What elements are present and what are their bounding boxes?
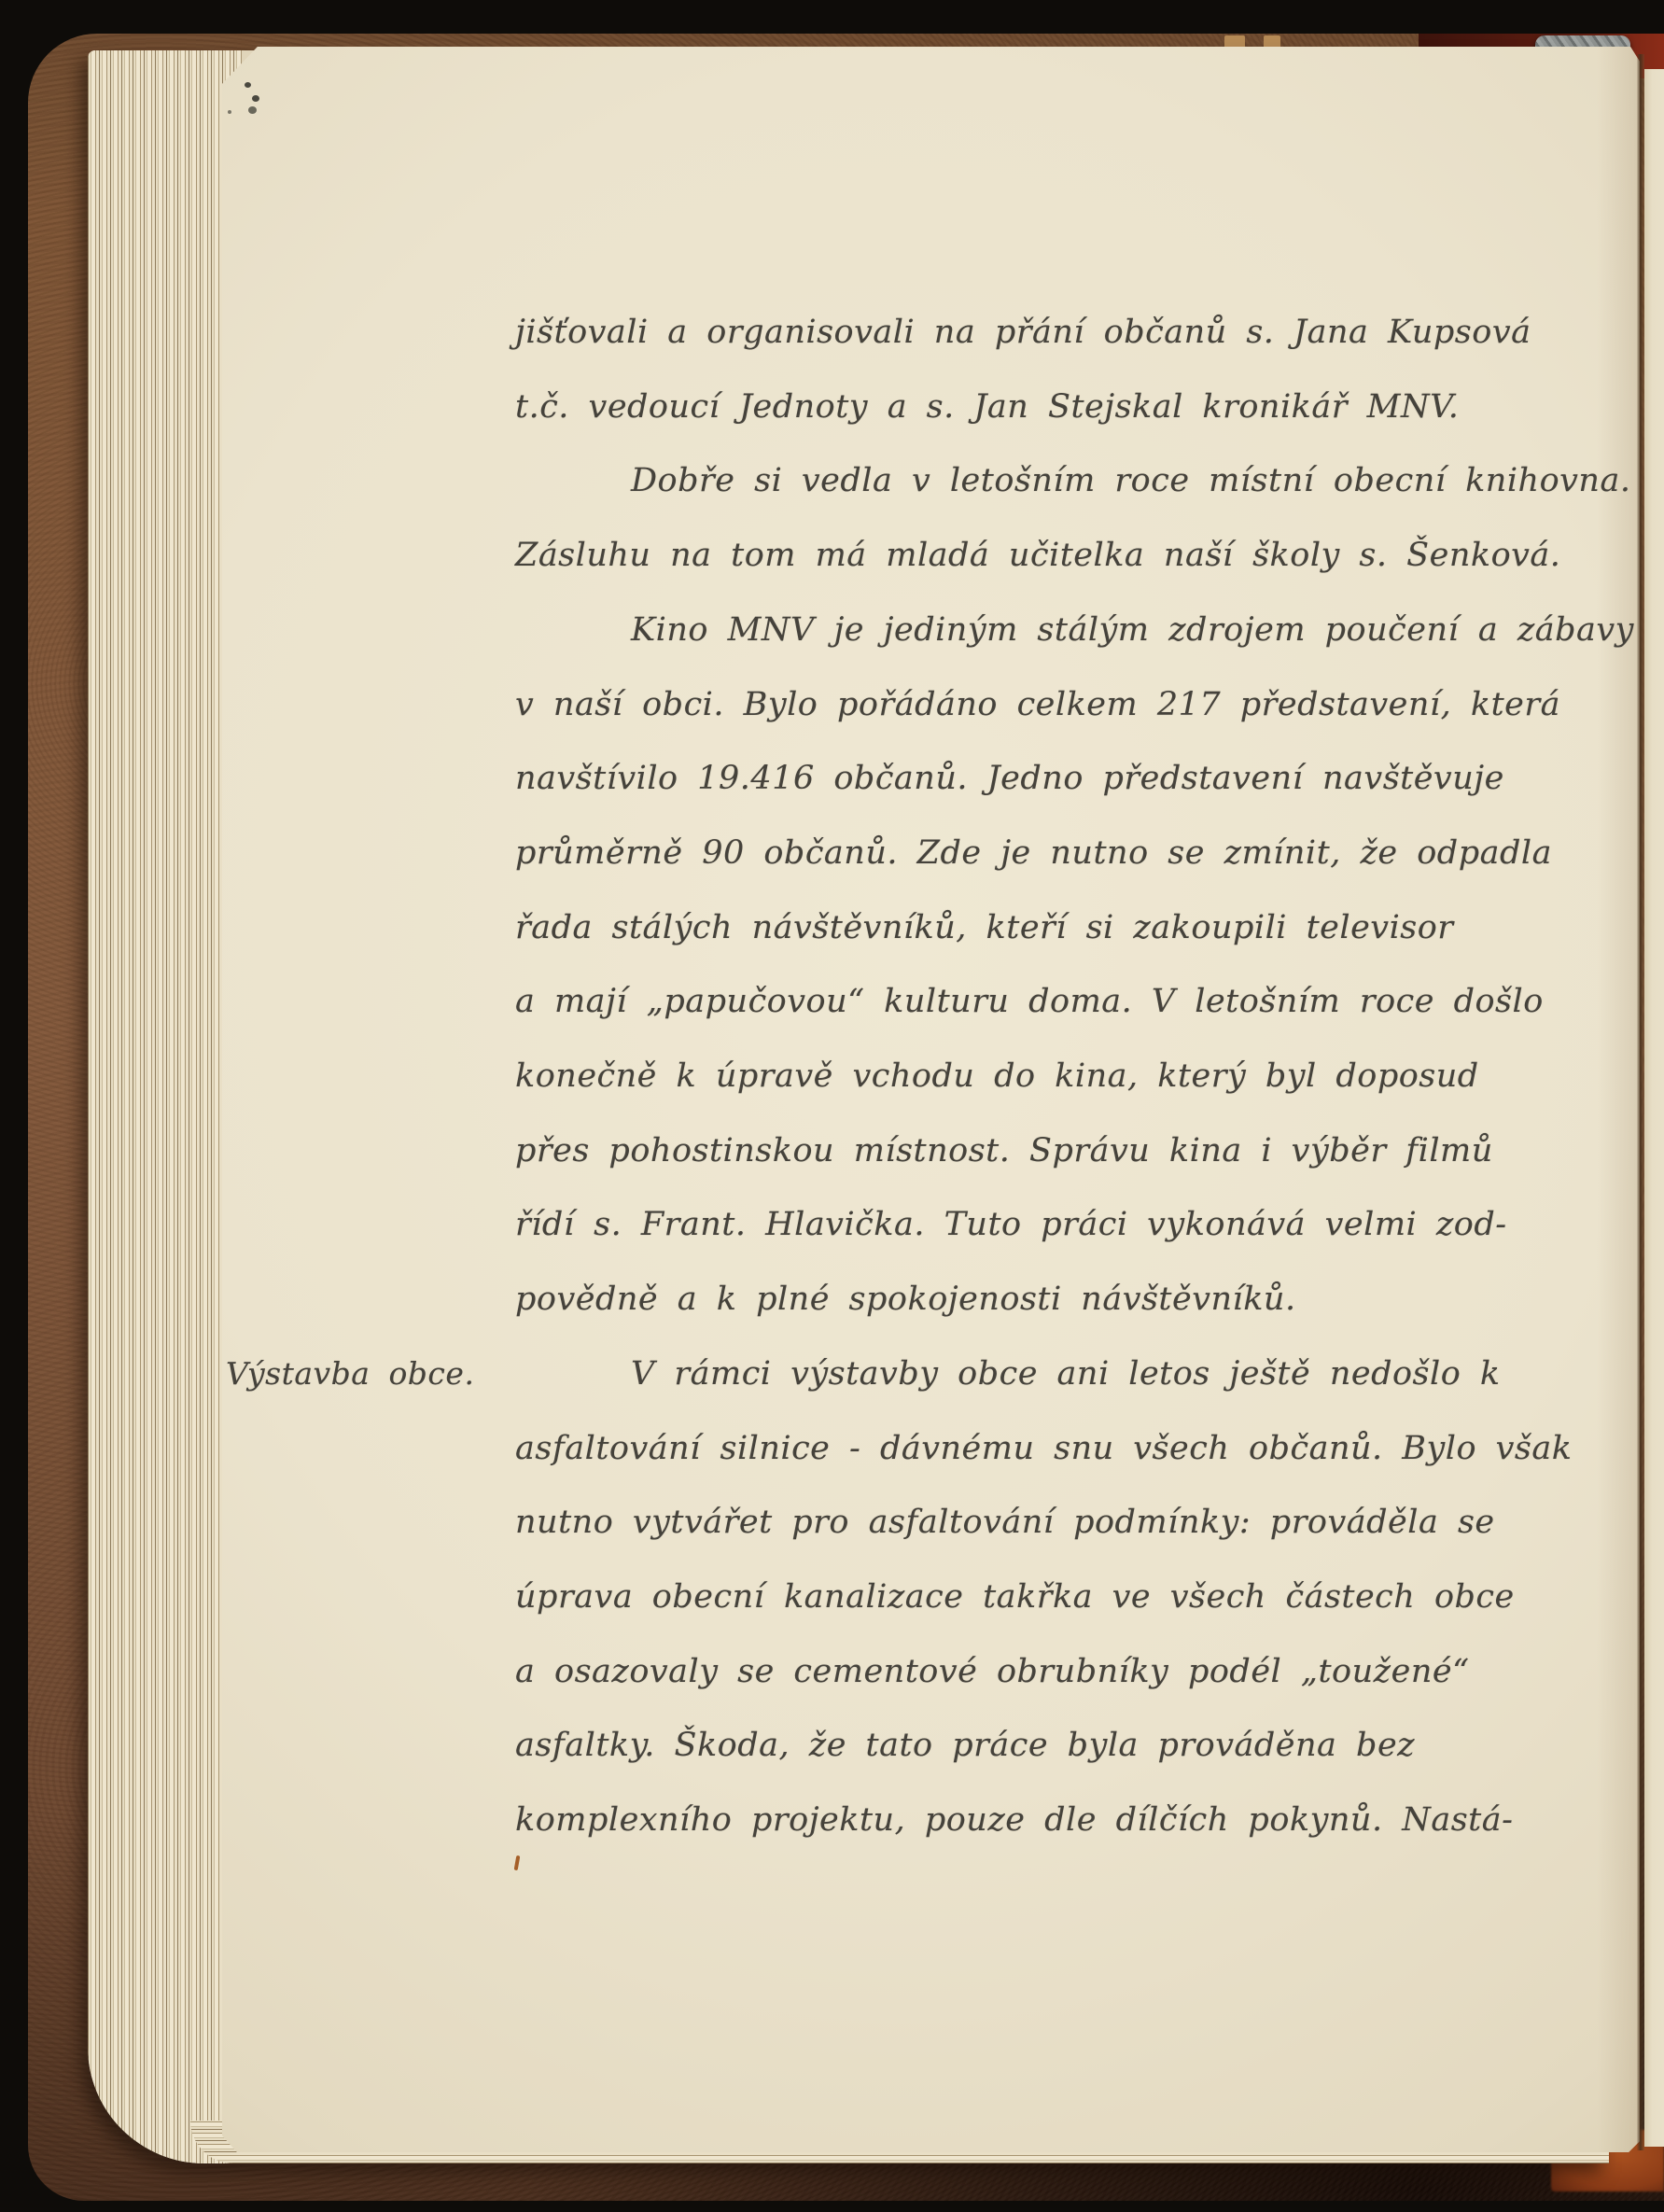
book-photo: Výstavba obce. jišťovali a organisovali … xyxy=(0,0,1664,2212)
handwritten-line: konečně k úpravě vchodu do kina, který b… xyxy=(515,1057,1479,1095)
handwritten-line: Dobře si vedla v letošním roce místní ob… xyxy=(631,462,1630,499)
handwritten-line: v naší obci. Bylo pořádáno celkem 217 př… xyxy=(515,686,1560,723)
handwritten-line: t.č. vedoucí Jednoty a s. Jan Stejskal k… xyxy=(515,388,1459,426)
handwritten-line: V rámci výstavby obce ani letos ještě ne… xyxy=(631,1355,1501,1393)
handwritten-line: asfaltky. Škoda, že tato práce byla prov… xyxy=(515,1727,1415,1764)
handwritten-line: a mají „papučovou“ kulturu doma. V letoš… xyxy=(515,983,1544,1020)
handwritten-line: Zásluhu na tom má mladá učitelka naší šk… xyxy=(515,537,1560,574)
handwritten-line: Kino MNV je jediným stálým zdrojem pouče… xyxy=(631,611,1634,649)
handwritten-line: průměrně 90 občanů. Zde je nutno se zmín… xyxy=(515,834,1552,872)
handwritten-line: přes pohostinskou místnost. Správu kina … xyxy=(515,1132,1493,1169)
handwritten-text-block: jišťovali a organisovali na přání občanů… xyxy=(0,0,1664,2212)
handwritten-line: jišťovali a organisovali na přání občanů… xyxy=(515,314,1531,351)
handwritten-line: úprava obecní kanalizace takřka ve všech… xyxy=(515,1578,1515,1616)
handwritten-line: povědně a k plné spokojenosti návštěvník… xyxy=(515,1281,1296,1318)
handwritten-line: nutno vytvářet pro asfaltování podmínky:… xyxy=(515,1504,1495,1541)
handwritten-line: řada stálých návštěvníků, kteří si zakou… xyxy=(515,909,1454,946)
handwritten-line: řídí s. Frant. Hlavička. Tuto práci vyko… xyxy=(515,1206,1507,1243)
handwritten-line: komplexního projektu, pouze dle dílčích … xyxy=(515,1801,1513,1839)
handwritten-line: navštívilo 19.416 občanů. Jedno představ… xyxy=(515,760,1504,797)
handwritten-line: asfaltování silnice - dávnému snu všech … xyxy=(515,1430,1572,1467)
handwritten-line: a osazovaly se cementové obrubníky podél… xyxy=(515,1653,1469,1690)
